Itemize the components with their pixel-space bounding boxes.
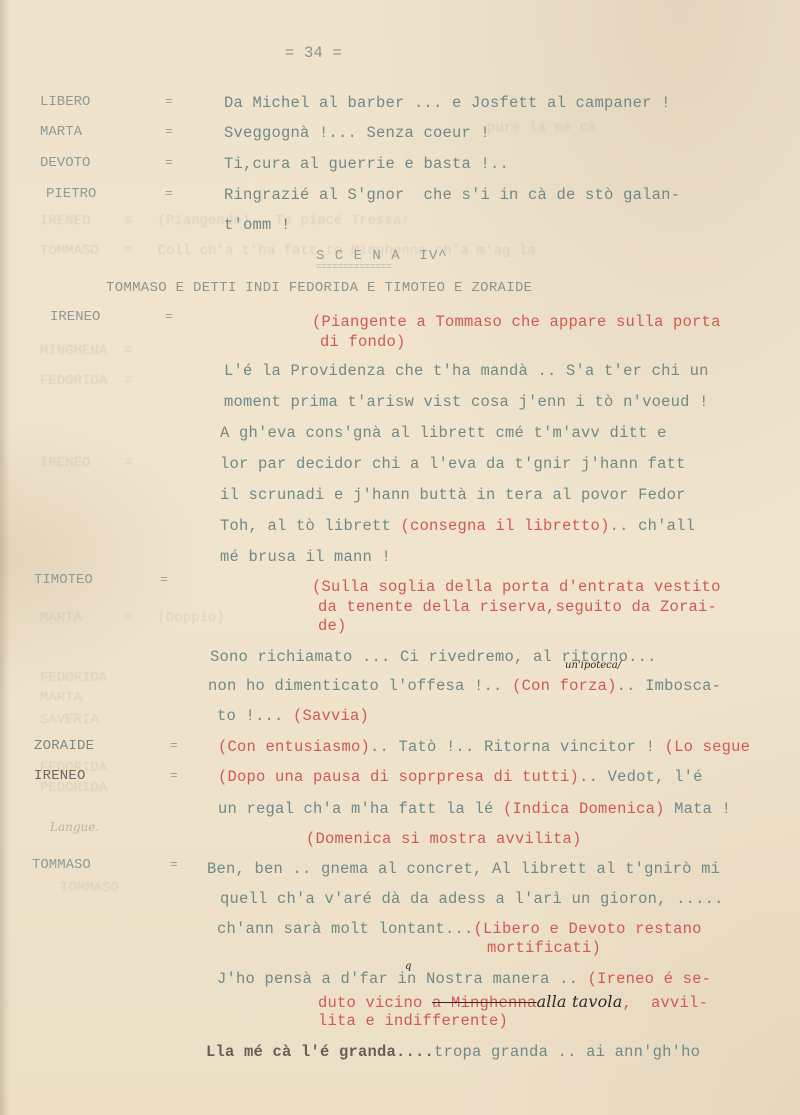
speaker-separator: = [165,186,173,201]
speaker-tommaso: TOMMASO [32,857,91,873]
dialogue-line: Sveggognà !... Senza coeur ! [224,124,490,142]
stage-direction: duto vicino [318,994,432,1012]
dialogue-line: Toh, al tò librett (consegna il libretto… [220,517,695,535]
stage-direction: (Savvia) [293,707,369,725]
dialogue-text: .. Tatò !.. Ritorna vincitor ! [370,738,665,756]
stage-direction: , avvil- [622,994,708,1012]
stage-direction: (Sulla soglia della porta d'entrata vest… [312,578,721,596]
speaker-zoraide: ZORAIDE [34,738,94,754]
dialogue-text: .. Imbosca- [617,677,722,695]
stage-direction: (Lo segue [665,738,751,756]
speaker-separator: = [165,94,173,109]
handwritten-insert: un'ipoteca/ [565,660,621,671]
speaker-separator: = [160,572,168,587]
speaker-separator: = [165,124,173,139]
dialogue-line: Da Michel al barber ... e Josfett al cam… [224,94,671,112]
stage-direction: (Piangente a Tommaso che appare sulla po… [312,313,721,331]
speaker-separator: = [170,768,178,783]
speaker-ireneo: IRENEO [50,309,100,325]
struck-text: a Minghenna [432,994,537,1012]
bleed-through-text: TOMMASO = Coll ch'a t'ha fatt to Minghen… [40,243,536,259]
dialogue-line: Ti,cura al guerrie e basta !.. [224,155,509,173]
bleed-through-text: IRENEO = [40,455,132,471]
dialogue-line: J'ho pensà a d'far in Nostra manera .. (… [217,970,711,988]
stage-direction: (Con entusiasmo) [218,738,370,756]
dialogue-line: Ringrazié al S'gnor che s'i in cà de stò… [224,186,680,204]
speaker-separator: = [165,155,173,170]
dialogue-line: (Con entusiasmo).. Tatò !.. Ritorna vinc… [218,738,750,756]
margin-note: Langue. [50,820,99,834]
dialogue-line: ch'ann sarà molt lontant...(Libero e Dev… [217,920,702,938]
dialogue-line: to !... (Savvia) [217,707,369,725]
speaker-ireneo: IRENEO [34,768,86,784]
stage-direction: lita e indifferente) [318,1012,508,1030]
bleed-through-text: SAVERIA [40,712,99,728]
page-edge-shadow [0,0,10,1115]
stage-direction: di fondo) [320,333,406,351]
speaker-devoto: DEVOTO [40,155,90,171]
stage-direction: (consegna il libretto) [401,517,610,535]
handwritten-correction: alla tavola [537,992,623,1011]
dialogue-text: Nostra manera .. [426,970,588,988]
stage-direction: da tenente della riserva,seguito da Zora… [318,598,717,616]
bleed-through-text: MARTA = (Doppio) [40,610,225,626]
stage-direction: (Con forza) [512,677,617,695]
bleed-through-text: FEDORIDA [40,670,107,686]
dialogue-text: tropa granda .. ai ann'gh'ho [434,1043,700,1061]
scene-characters: TOMMASO E DETTI INDI FEDORIDA E TIMOTEO … [106,280,532,296]
stage-direction: (Ireneo é se- [588,970,712,988]
dialogue-line: L'é la Providenza che t'ha mandà .. S'a … [224,362,709,380]
dialogue-line: un regal ch'a m'ha fatt la lé (Indica Do… [218,800,731,818]
dialogue-text: Lla mé cà l'é granda.... [206,1043,434,1061]
dialogue-text: J'ho pensà a d'far in [217,970,426,988]
dialogue-line: quell ch'a v'aré dà da adess a l'arì un … [220,890,724,908]
scene-title-underline: ============== [316,262,392,272]
dialogue-line: t'omm ! [224,216,291,234]
dialogue-line: mé brusa il mann ! [220,548,391,566]
handwritten-correction: q [405,961,411,972]
speaker-pietro: PIETRO [46,186,96,202]
dialogue-text: to !... [217,707,293,725]
document-page: pure la mé cà IRENEO = (Piangendo).. Te … [0,0,800,1115]
dialogue-line: lor par decidor chi a l'eva da t'gnir j'… [220,455,686,473]
dialogue-line: non ho dimenticato l'offesa !.. (Con for… [208,677,721,695]
bleed-through-text: TOMMASO [60,880,119,896]
dialogue-text: .. ch'all [610,517,696,535]
stage-direction: (Dopo una pausa di soprpresa di tutti) [218,768,579,786]
dialogue-text: ch'ann sarà molt lontant... [217,920,474,938]
dialogue-line: (Dopo una pausa di soprpresa di tutti)..… [218,768,703,786]
dialogue-line: il scrunadi e j'hann buttà in tera al po… [220,486,686,504]
speaker-separator: = [170,738,178,753]
speaker-timoteo: TIMOTEO [34,572,93,588]
stage-direction: (Libero e Devoto restano [474,920,702,938]
dialogue-line: Ben, ben .. gnema al concret, Al librett… [207,860,720,878]
dialogue-text: Mata ! [665,800,732,818]
page-number: = 34 = [285,44,342,62]
stage-direction: mortificati) [487,939,601,957]
dialogue-line: Lla mé cà l'é granda....tropa granda .. … [206,1043,700,1061]
bleed-through-text: FEDORIDA = [40,373,132,389]
dialogue-text: .. Vedot, l'é [579,768,703,786]
dialogue-line: moment prima t'arisw vist cosa j'enn i t… [224,393,709,411]
stage-direction: (Domenica si mostra avvilita) [306,830,582,848]
speaker-libero: LIBERO [40,94,90,110]
speaker-marta: MARTA [40,124,82,140]
bleed-through-text: MARTA [40,690,82,706]
speaker-separator: = [170,857,178,872]
dialogue-line: duto vicino a Minghennaalla tavola, avvi… [318,992,708,1012]
stage-direction: (Indica Domenica) [503,800,665,818]
speaker-separator: = [165,309,173,324]
bleed-through-text: MINGHENA = [40,343,132,359]
dialogue-text: Toh, al tò librett [220,517,401,535]
dialogue-line: A gh'eva cons'gnà al librett cmé t'm'avv… [220,424,667,442]
stage-direction: de) [318,617,347,635]
dialogue-text: non ho dimenticato l'offesa !.. [208,677,512,695]
dialogue-text: un regal ch'a m'ha fatt la lé [218,800,503,818]
